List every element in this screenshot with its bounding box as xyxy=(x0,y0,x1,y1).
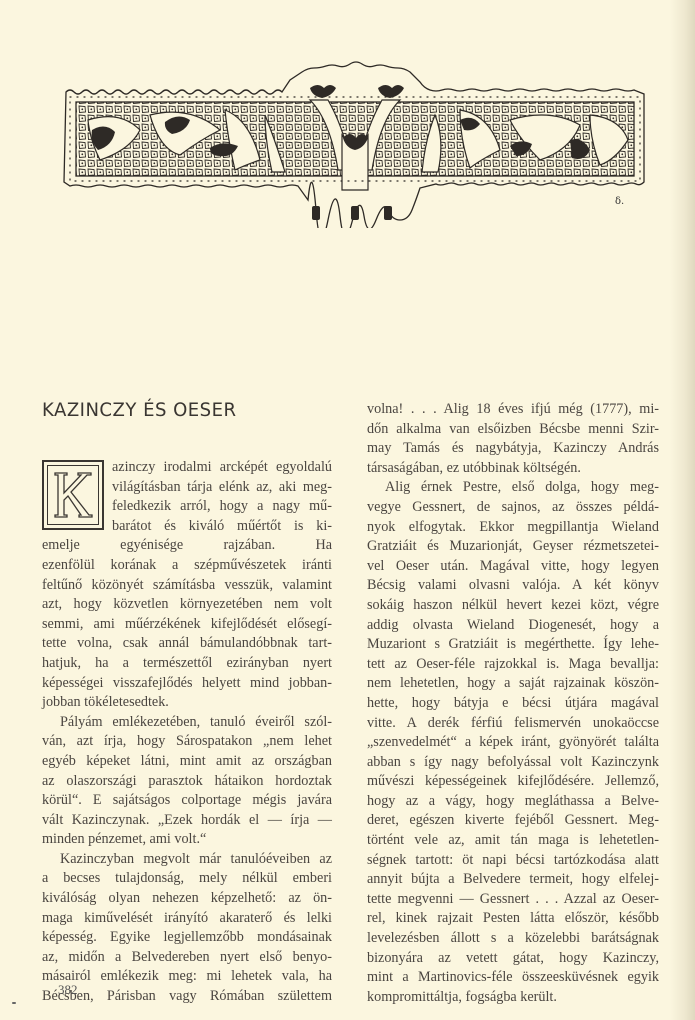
text-line: kompromittáltja, fogságba került. xyxy=(367,988,659,1008)
text-line: deret, egészen kiverte fejéből Gessnert.… xyxy=(367,811,659,831)
drop-cap-letter-k-icon xyxy=(49,467,97,523)
text-line: ségnek tartott: öt napi bécsi tartózkodá… xyxy=(367,851,659,871)
text-line: képességei visszafejlődés helyett mind j… xyxy=(42,674,332,694)
text-line: történt vele az, amit tán maga is lehete… xyxy=(367,831,659,851)
text-line: kiválóság olyan nehezen képzelhető: az ö… xyxy=(42,889,332,909)
text-line: dőn alkalma van elsőizben Bécsbe menni S… xyxy=(367,420,659,440)
text-line: may Tamás és nagybátyja, Kazinczy András xyxy=(367,439,659,459)
text-line: Gratziáit és Muzarionját, Geyser rézmets… xyxy=(367,537,659,557)
text-line: vitte. A derék férfiú felismervén unokaö… xyxy=(367,714,659,734)
text-line: minden pénzemet, ami volt.“ xyxy=(42,830,332,850)
text-line: bizonyára az vetett gátat, hogy Kazinczy… xyxy=(367,949,659,969)
text-line: tette volna, csak annál bámulandóbbnak t… xyxy=(42,634,332,654)
text-line: körül“. E sajátságos colportage mégis ja… xyxy=(42,791,332,811)
drop-cap-k xyxy=(42,460,104,530)
text-line: mint a Martinovics-féle összeesküvésnek … xyxy=(367,968,659,988)
text-line: Bécsben, Párisban vagy Rómában születtem xyxy=(42,987,332,1007)
article-title: KAZINCZY ÉS OESER xyxy=(42,399,236,421)
text-line: Alig érnek Pestre, első dolga, hogy meg- xyxy=(367,478,659,498)
text-line: Kazinczyban megvolt már tanulóéveiben az xyxy=(42,850,332,870)
text-line: másairól emlékezik meg: mi lehetek vala,… xyxy=(42,967,332,987)
text-line: nem lehetetlen, hogy a saját rajzainak k… xyxy=(367,674,659,694)
text-line: társaságában, ez utóbbinak költségén. xyxy=(367,459,659,479)
text-line: a becses tulajdonság, mely nélkül emberi xyxy=(42,869,332,889)
text-line: volna! . . . Alig 18 éves ifjú még (1777… xyxy=(367,400,659,420)
text-line: azt, hogy közvetlen környezetében nem vo… xyxy=(42,595,332,615)
text-line: Bécsig valami olvasni valója. A két köny… xyxy=(367,576,659,596)
left-column: azinczy irodalmi arcképét egyoldalú vilá… xyxy=(42,458,332,1007)
text-line: vált Kazinczynak. „Ezek hordák el — írja… xyxy=(42,811,332,831)
artist-signature: ẟ. xyxy=(615,196,624,207)
text-line: vel Oeser után. Magával vitte, hogy legy… xyxy=(367,557,659,577)
text-line: az olaszországi parasztok hátaikon hordo… xyxy=(42,772,332,792)
text-line: hogy az a vágy, hogy megláthassa a Belve… xyxy=(367,792,659,812)
text-line: tette megvenni — Gessnert . . . Azzal az… xyxy=(367,890,659,910)
text-line: sokáig haszon nélkül hevert kezei közt, … xyxy=(367,596,659,616)
text-line: „szenvedelmét“ a képek iránt, gyönyörét … xyxy=(367,733,659,753)
text-line: ezenfölül korának a szépművészetek iránt… xyxy=(42,556,332,576)
text-line: képesség. Egyike legjellemzőbb mondásain… xyxy=(42,928,332,948)
text-line: addig olvasta Wieland Diogenesét, hogy a xyxy=(367,616,659,636)
text-line: abban s így nagy befolyással volt Kazinc… xyxy=(367,753,659,773)
text-line: vegye Gessnert, de sajnos, az összes pél… xyxy=(367,498,659,518)
book-page: ẟ. KAZINCZY ÉS OESER azinczy irodalmi ar… xyxy=(0,0,695,1020)
text-line: jobban tökéletesedtek. xyxy=(42,693,332,713)
floral-ornament-headpiece xyxy=(60,60,650,228)
text-line: az, midőn a Belvedereben nyert első beny… xyxy=(42,948,332,968)
text-line: ván, azt írja, hogy Sárospatakon „nem le… xyxy=(42,732,332,752)
text-line: egyéb képeket látni, mint amit az ország… xyxy=(42,752,332,772)
text-line: művészi képességeinek kifejlődésére. Jel… xyxy=(367,772,659,792)
paper-speck xyxy=(12,1002,16,1004)
text-line: tett az Oeser-féle rajzokkal is. Maga be… xyxy=(367,655,659,675)
page-number: 382 xyxy=(58,982,78,998)
text-line: annyit bújta a Belvedere termeit, hogy e… xyxy=(367,870,659,890)
text-line: hatjuk, ha a természettől ezirányban nye… xyxy=(42,654,332,674)
text-line: emelje egyénisége rajzában. Ha xyxy=(42,536,332,556)
right-column: volna! . . . Alig 18 éves ifjú még (1777… xyxy=(367,400,659,1007)
text-line: maga kiművelését irányító akaraterő és l… xyxy=(42,909,332,929)
text-line: semmi, ami műérzékének kifejlődését elős… xyxy=(42,615,332,635)
text-line: Muzariont s Gratziáit is megérthette. Íg… xyxy=(367,635,659,655)
text-line: Pályám emlékezetében, tanuló éveiről szó… xyxy=(42,713,332,733)
text-line: levelezésben állott s a közelebbi baráts… xyxy=(367,929,659,949)
text-line: rel, kinek rajzait Pesten látta először,… xyxy=(367,909,659,929)
text-line: hette, hogy bátyja e bécsi útjára magáva… xyxy=(367,694,659,714)
text-line: feltűnő közönyét számításba vesszük, val… xyxy=(42,576,332,596)
text-line: nyok elfogytak. Ekkor megpillantja Wiela… xyxy=(367,518,659,538)
